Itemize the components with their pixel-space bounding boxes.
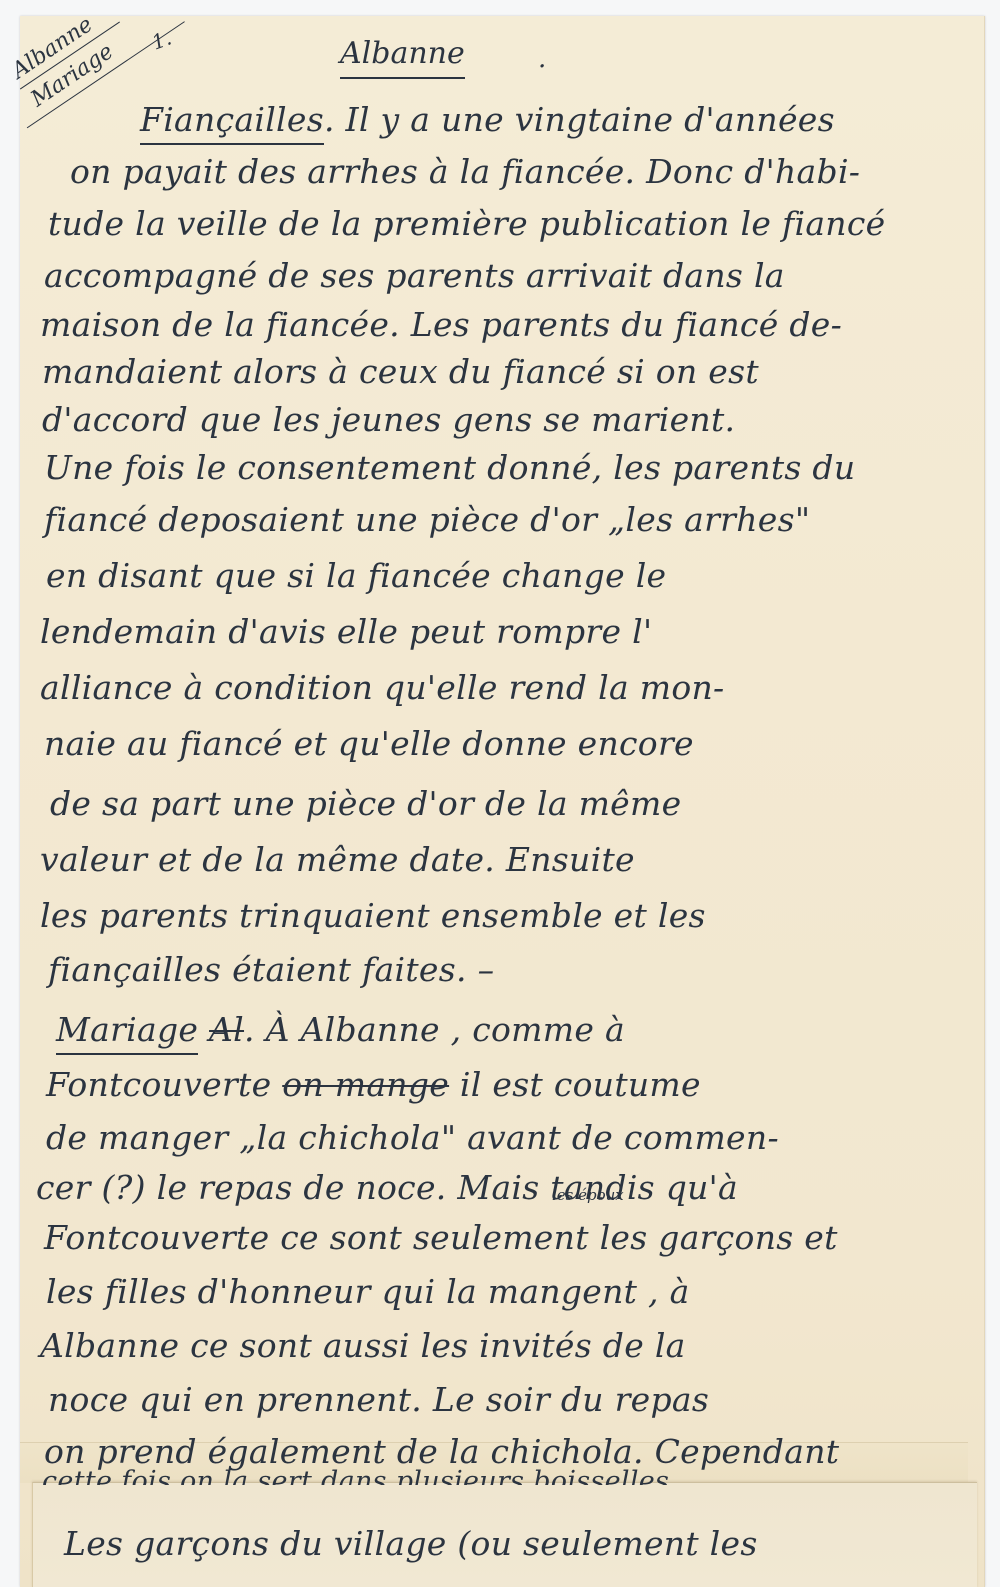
text-line: noce qui en prennent. Le soir du repas bbox=[48, 1380, 709, 1419]
section-heading-mariage: Mariage bbox=[56, 1010, 198, 1055]
text-line: cer (?) le repas de noce. Mais tandis qu… bbox=[36, 1168, 738, 1207]
line-text: Fontcouverte bbox=[46, 1065, 271, 1104]
text-line: Une fois le consentement donné, les pare… bbox=[44, 448, 855, 487]
text-line: fiançailles étaient faites. – bbox=[48, 950, 494, 989]
text-line: mandaient alors à ceux du fiancé si on e… bbox=[42, 352, 759, 391]
interlinear-insertion: les époux bbox=[552, 1186, 624, 1204]
text-line: fiancé deposaient une pièce d'or „les ar… bbox=[44, 500, 810, 539]
text-line: alliance à condition qu'elle rend la mon… bbox=[40, 668, 725, 707]
line-text: . Il y a une vingtaine d'années bbox=[324, 100, 835, 139]
text-line: Fiançailles. Il y a une vingtaine d'anné… bbox=[140, 100, 835, 139]
page-title: Albanne bbox=[340, 36, 465, 79]
line-text: les garçons et bbox=[600, 1218, 838, 1257]
text-line: maison de la fiancée. Les parents du fia… bbox=[40, 305, 842, 344]
line-text: il est coutume bbox=[460, 1065, 701, 1104]
text-line: on prend également de la chichola. Cepen… bbox=[44, 1432, 839, 1471]
text-line: les filles d'honneur qui la mangent , à bbox=[46, 1272, 690, 1311]
text-line: Albanne ce sont aussi les invités de la bbox=[40, 1326, 686, 1365]
text-line: on payait des arrhes à la fiancée. Donc … bbox=[70, 152, 860, 191]
text-line: Mariage Al. À Albanne , comme à bbox=[56, 1010, 625, 1049]
struck-text: on mange bbox=[282, 1065, 449, 1104]
text-line: valeur et de la même date. Ensuite bbox=[40, 840, 635, 879]
section-heading-fiancailles: Fiançailles bbox=[140, 100, 324, 145]
text-line: Les garçons du village (ou seulement les bbox=[64, 1524, 758, 1563]
text-line: Fontcouverte on mange il est coutume bbox=[46, 1065, 701, 1104]
text-line: naie au fiancé et qu'elle donne encore bbox=[44, 724, 694, 763]
text-line: d'accord que les jeunes gens se marient. bbox=[42, 400, 735, 439]
text-line: tude la veille de la première publicatio… bbox=[48, 204, 885, 243]
text-line: de manger „la chichola" avant de commen- bbox=[46, 1118, 779, 1157]
line-text: . À Albanne , comme à bbox=[244, 1010, 625, 1049]
text-line: de sa part une pièce d'or de la même bbox=[50, 784, 681, 823]
text-line: les parents trinquaient ensemble et les bbox=[40, 896, 706, 935]
text-line: Fontcouverte ce sont seulement les garço… bbox=[44, 1218, 838, 1257]
text-line: en disant que si la fiancée change le bbox=[46, 556, 666, 595]
struck-text: Al bbox=[209, 1010, 244, 1049]
text-line: lendemain d'avis elle peut rompre l' bbox=[40, 612, 652, 651]
line-text: Fontcouverte ce sont seulement bbox=[44, 1218, 589, 1257]
title-punctuation: . bbox=[538, 44, 546, 74]
text-line: accompagné de ses parents arrivait dans … bbox=[44, 256, 785, 295]
